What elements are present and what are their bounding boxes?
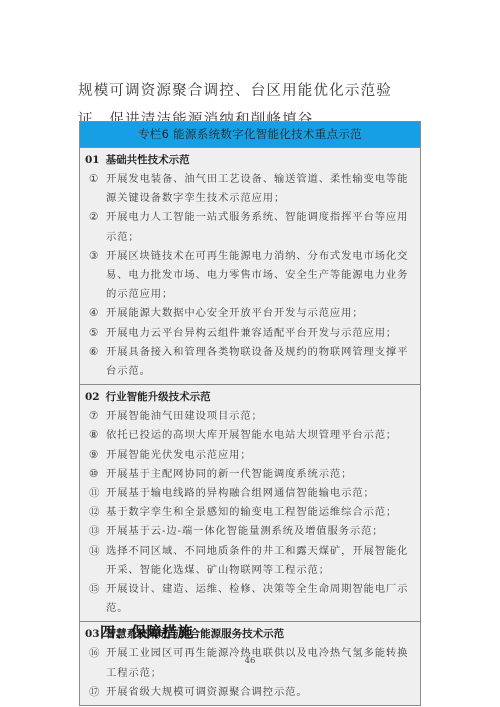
item-text: 开展智能油气田建设项目示范； [106,407,414,426]
list-item: ⑨开展智能光伏发电示范应用； [80,446,420,465]
item-marker: ⑦ [89,407,106,426]
item-marker: ⑪ [89,484,106,503]
item-text: 开展能源大数据中心安全开放平台开发与示范应用； [106,304,414,323]
item-text: 开展智能光伏发电示范应用； [106,446,414,465]
list-item: ③开展区块链技术在可再生能源电力消纳、分布式发电市场化交易、电力批发市场、电力零… [80,247,420,305]
item-marker: ⑤ [89,324,106,343]
item-text: 开展基于云-边-端一体化智能量测系统及增值服务示范； [106,522,414,541]
item-marker: ⑰ [89,683,106,702]
list-item: ⑤开展电力云平台异构云组件兼容适配平台开发与示范应用； [80,324,420,343]
item-text: 开展电力云平台异构云组件兼容适配平台开发与示范应用； [106,324,414,343]
list-item: ⑥开展具备接入和管理各类物联设备及规约的物联网管理支撑平台示范。 [80,343,420,381]
section-number: 01 [85,154,100,166]
item-text: 开展省级大规模可调资源聚合调控示范。 [106,683,414,702]
section-01: 01基础共性技术示范 ①开展发电装备、油气田工艺设备、输送管道、柔性输变电等能源… [80,148,420,385]
item-text: 开展具备接入和管理各类物联设备及规约的物联网管理支撑平台示范。 [106,343,414,381]
item-marker: ⑥ [89,343,106,381]
item-text: 依托已投运的高坝大库开展智能水电站大坝管理平台示范； [106,426,414,445]
item-marker: ⑨ [89,446,106,465]
column-box: 专栏6 能源系统数字化智能化技术重点示范 01基础共性技术示范 ①开展发电装备、… [79,121,421,706]
item-text: 开展设计、建造、运维、检修、决策等全生命周期智能电厂示范。 [106,580,414,618]
list-item: ⑰开展省级大规模可调资源聚合调控示范。 [80,683,420,702]
box-title: 专栏6 能源系统数字化智能化技术重点示范 [80,122,420,148]
item-text: 开展电力人工智能一站式服务系统、智能调度指挥平台等应用示范； [106,208,414,246]
item-text: 开展基于输电线路的异构融合组网通信智能输电示范； [106,484,414,503]
page-number: 46 [0,656,500,666]
section-heading-four: 四、保障措施 [100,621,193,642]
item-marker: ⑭ [89,542,106,580]
item-marker: ⑫ [89,503,106,522]
item-text: 开展发电装备、油气田工艺设备、输送管道、柔性输变电等能源关键设备数字孪生技术示范… [106,170,414,208]
item-marker: ① [89,170,106,208]
section-title: 基础共性技术示范 [106,154,190,166]
section-02: 02行业智能升级技术示范 ⑦开展智能油气田建设项目示范； ⑧依托已投运的高坝大库… [80,385,420,622]
list-item: ⑮开展设计、建造、运维、检修、决策等全生命周期智能电厂示范。 [80,580,420,618]
item-marker: ⑧ [89,426,106,445]
item-marker: ⑮ [89,580,106,618]
item-text: 开展区块链技术在可再生能源电力消纳、分布式发电市场化交易、电力批发市场、电力零售… [106,247,414,305]
item-text: 开展基于主配网协同的新一代智能调度系统示范； [106,465,414,484]
item-text: 选择不同区域、不同地质条件的井工和露天煤矿，开展智能化开采、智能化选煤、矿山物联… [106,542,414,580]
item-marker: ⑩ [89,465,106,484]
item-marker: ③ [89,247,106,305]
list-item: ⑩开展基于主配网协同的新一代智能调度系统示范； [80,465,420,484]
list-item: ⑧依托已投运的高坝大库开展智能水电站大坝管理平台示范； [80,426,420,445]
section-number: 03 [85,628,100,640]
list-item: ①开展发电装备、油气田工艺设备、输送管道、柔性输变电等能源关键设备数字孪生技术示… [80,170,420,208]
list-item: ⑬开展基于云-边-端一体化智能量测系统及增值服务示范； [80,522,420,541]
item-text: 基于数字孪生和全景感知的输变电工程智能运维综合示范； [106,503,414,522]
item-marker: ④ [89,304,106,323]
item-marker: ② [89,208,106,246]
list-item: ②开展电力人工智能一站式服务系统、智能调度指挥平台等应用示范； [80,208,420,246]
section-heading: 01基础共性技术示范 [80,151,420,170]
list-item: ⑭选择不同区域、不同地质条件的井工和露天煤矿，开展智能化开采、智能化选煤、矿山物… [80,542,420,580]
list-item: ⑫基于数字孪生和全景感知的输变电工程智能运维综合示范； [80,503,420,522]
item-marker: ⑬ [89,522,106,541]
list-item: ④开展能源大数据中心安全开放平台开发与示范应用； [80,304,420,323]
section-title: 行业智能升级技术示范 [106,391,211,403]
list-item: ⑦开展智能油气田建设项目示范； [80,407,420,426]
section-number: 02 [85,391,100,403]
section-heading: 02行业智能升级技术示范 [80,388,420,407]
list-item: ⑪开展基于输电线路的异构融合组网通信智能输电示范； [80,484,420,503]
